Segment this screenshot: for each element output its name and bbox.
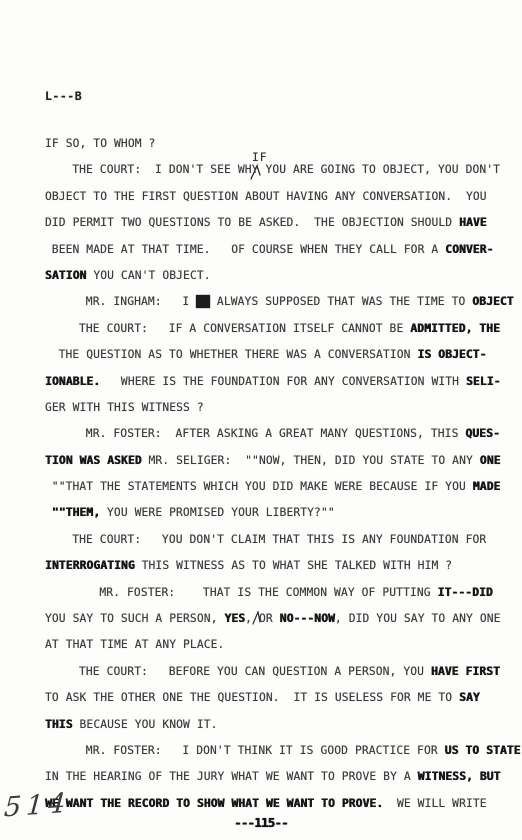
transcript-line: THIS BECAUSE YOU KNOW IT. (45, 718, 512, 744)
line-segment: WITNESS, BUT (418, 770, 501, 783)
transcript-line: THE COURT: IF A CONVERSATION ITSELF CANN… (45, 322, 512, 348)
transcript-line: OBJECT TO THE FIRST QUESTION ABOUT HAVIN… (45, 190, 512, 216)
line-segment: WE WILL WRITE (383, 797, 487, 810)
page-header-label: L---B (45, 89, 82, 103)
transcript-line: ""THAT THE STATEMENTS WHICH YOU DID MAKE… (45, 480, 512, 506)
line-segment: ""THEM, (52, 506, 100, 519)
line-segment: MADE (473, 480, 501, 493)
line-segment: THE COURT: YOU DON'T CLAIM THAT THIS IS … (72, 533, 486, 546)
line-segment: MR. FOSTER: AFTER ASKING A GREAT MANY QU… (86, 427, 466, 440)
line-segment: MR. FOSTER: THAT IS THE COMMON WAY OF PU… (99, 586, 437, 599)
line-segment: ADMITTED, THE (410, 322, 500, 335)
line-segment: IONABLE. (45, 375, 100, 388)
transcript-line: YOU SAY TO SUCH A PERSON, YES, OR NO---N… (45, 612, 512, 638)
transcript-line: THE COURT: I DON'T SEE WHY YOU ARE GOING… (45, 163, 512, 189)
line-segment: SAY (459, 691, 480, 704)
line-segment: INTERROGATING (45, 559, 135, 572)
page-number: ---115-- (0, 816, 522, 830)
transcript-line: IN THE HEARING OF THE JURY WHAT WE WANT … (45, 770, 512, 796)
line-segment: BEEN MADE AT THAT TIME. OF COURSE WHEN T… (52, 243, 445, 256)
line-segment: AT THAT TIME AT ANY PLACE. (45, 638, 224, 651)
line-segment: YOU SAY TO SUCH A PERSON, (45, 612, 224, 625)
line-segment: GER WITH THIS WITNESS ? (45, 401, 204, 414)
line-segment: IF SO, TO WHOM ? (45, 137, 155, 150)
transcript-line: MR. FOSTER: I DON'T THINK IT IS GOOD PRA… (45, 744, 512, 770)
line-segment: WE WANT THE RECORD TO SHOW WHAT WE WANT … (45, 797, 383, 810)
transcript-line: TION WAS ASKED MR. SELIGER: ""NOW, THEN,… (45, 454, 512, 480)
line-segment: IT---DID (438, 586, 493, 599)
line-segment: WHERE IS THE FOUNDATION FOR ANY CONVERSA… (100, 375, 466, 388)
line-segment: MR. INGHAM: I (86, 295, 196, 308)
line-segment: OBJECT (472, 295, 513, 308)
line-segment: YOU WERE PROMISED YOUR LIBERTY?"" (100, 506, 335, 519)
line-segment: MR. SELIGER: ""NOW, THEN, DID YOU STATE … (142, 454, 480, 467)
transcript-line: THE COURT: YOU DON'T CLAIM THAT THIS IS … (45, 533, 512, 559)
transcript-line: BEEN MADE AT THAT TIME. OF COURSE WHEN T… (45, 243, 512, 269)
line-segment: SATION (45, 269, 86, 282)
transcript-line: INTERROGATING THIS WITNESS AS TO WHAT SH… (45, 559, 512, 585)
line-segment: , DID YOU SAY TO ANY ONE (335, 612, 501, 625)
line-segment: IS OBJECT- (417, 348, 486, 361)
line-segment: BECAUSE YOU KNOW IT. (73, 718, 218, 731)
line-segment: YES (224, 612, 245, 625)
line-segment: OBJECT TO THE FIRST QUESTION ABOUT HAVIN… (45, 190, 487, 203)
transcript-line: DID PERMIT TWO QUESTIONS TO BE ASKED. TH… (45, 216, 512, 242)
line-segment: ALWAYS SUPPOSED THAT WAS THE TIME TO (210, 295, 472, 308)
yes-caret-icon (251, 610, 263, 629)
text-block: IF SO, TO WHOM ?THE COURT: I DON'T SEE W… (45, 137, 512, 823)
transcript-line: ""THEM, YOU WERE PROMISED YOUR LIBERTY?"… (45, 506, 512, 532)
line-segment: MR. FOSTER: I DON'T THINK IT IS GOOD PRA… (86, 744, 445, 757)
line-segment: ""THAT THE STATEMENTS WHICH YOU DID MAKE… (52, 480, 473, 493)
struck-out-text: XX (196, 295, 210, 308)
line-segment: HAVE (459, 216, 487, 229)
transcript-line: GER WITH THIS WITNESS ? (45, 401, 512, 427)
line-segment: QUES- (465, 427, 500, 440)
line-segment: THIS WITNESS AS TO WHAT SHE TALKED WITH … (135, 559, 452, 572)
transcript-line: IF SO, TO WHOM ? (45, 137, 512, 163)
transcript-line: THE QUESTION AS TO WHETHER THERE WAS A C… (45, 348, 512, 374)
transcript-line: MR. FOSTER: AFTER ASKING A GREAT MANY QU… (45, 427, 512, 453)
line-segment: TO ASK THE OTHER ONE THE QUESTION. IT IS… (45, 691, 459, 704)
line-segment: HAVE FIRST (431, 665, 500, 678)
transcript-page: L---B IF IF SO, TO WHOM ?THE COURT: I DO… (0, 0, 522, 840)
transcript-line: MR. INGHAM: I XX ALWAYS SUPPOSED THAT WA… (45, 295, 512, 321)
line-segment: THE COURT: I DON'T SEE WHY YOU ARE GOING… (72, 163, 500, 176)
line-segment: YOU CAN'T OBJECT. (86, 269, 210, 282)
line-segment: THE COURT: IF A CONVERSATION ITSELF CANN… (79, 322, 410, 335)
transcript-line: IONABLE. WHERE IS THE FOUNDATION FOR ANY… (45, 375, 512, 401)
transcript-line: TO ASK THE OTHER ONE THE QUESTION. IT IS… (45, 691, 512, 717)
line-segment: US TO STATE (445, 744, 521, 757)
line-segment: TION WAS ASKED (45, 454, 142, 467)
line-segment: THIS (45, 718, 73, 731)
transcript-line: THE COURT: BEFORE YOU CAN QUESTION A PER… (45, 665, 512, 691)
transcript-line: SATION YOU CAN'T OBJECT. (45, 269, 512, 295)
line-segment: NO---NOW (280, 612, 335, 625)
line-segment: IN THE HEARING OF THE JURY WHAT WE WANT … (45, 770, 418, 783)
transcript-line: MR. FOSTER: THAT IS THE COMMON WAY OF PU… (45, 586, 512, 612)
transcript-line: AT THAT TIME AT ANY PLACE. (45, 638, 512, 664)
line-segment: DID PERMIT TWO QUESTIONS TO BE ASKED. TH… (45, 216, 459, 229)
line-segment: THE COURT: BEFORE YOU CAN QUESTION A PER… (79, 665, 431, 678)
line-segment: ONE (480, 454, 501, 467)
line-segment: THE QUESTION AS TO WHETHER THERE WAS A C… (59, 348, 418, 361)
line-segment: CONVER- (445, 243, 493, 256)
line-segment: SELI- (466, 375, 501, 388)
